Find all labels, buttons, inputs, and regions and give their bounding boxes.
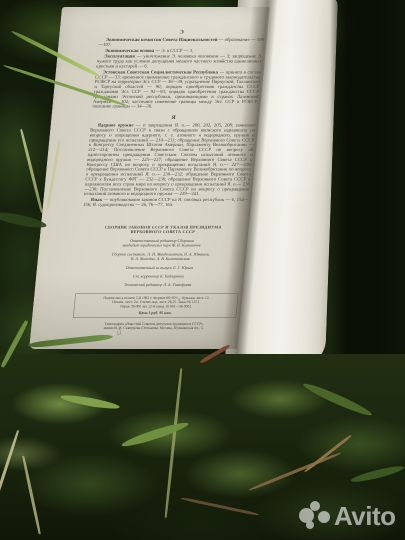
index-entry: Язык — опубликование законов СССР на Я. … [83,198,249,208]
colophon-line: кандидат юридических наук Ф. И. Калиныче… [79,243,244,248]
price-line: Цена 1 руб. 95 коп. [76,310,234,315]
colophon-line: В. А. Жалейко, А. В. Калитеевская [78,257,243,262]
entry-text: — о запрещении Я. о.— 200, 202, 205, 208… [84,123,256,197]
entry-term: Экономическая основа [105,48,155,53]
imprint-box: Подписано к печати 5.II 1961 г. Формат 6… [73,293,238,317]
entry-text: — опубликование законов СССР на Я. союзн… [83,198,249,208]
index-entry: Экономическая комиссия Совета Национальн… [98,38,264,48]
colophon-title-line: ВЕРХОВНОГО СОВЕТА СССР [80,230,245,235]
colophon-line: Ст. корректор К. Кобзаренко [76,274,241,279]
shadow-right-area [330,0,405,380]
printer-note: Типография «Известий Советов депутатов т… [71,322,237,331]
section-letter-ya: Я [91,115,257,121]
entry-text: — Э. в СССР — 3. [154,48,193,53]
colophon: СБОРНИК ЗАКОНОВ СССР И УКАЗОВ ПРЕЗИДИУМА… [75,225,246,288]
avito-watermark: Avito [299,501,396,530]
avito-watermark-text: Avito [334,503,396,529]
colophon-line: Ответственный за выпуск Е. Г. Юрьев [77,265,242,270]
index-entry: Эксплуатация — уничтожение Э. человека ч… [96,55,262,70]
entry-term: Экономическая комиссия Совета Национальн… [106,38,218,43]
index-entry: Экономическая основа — Э. в СССР — 3. [98,49,263,54]
printer-line: имени И. И. Скворцова-Степанова. Москва,… [71,326,236,330]
colophon-line: Технический редактор Л. А. Тимофеева [75,283,240,288]
avito-logo-icon [299,501,331,530]
handwritten-mark: ū [116,327,122,338]
index-entry: Ядерное оружие — о запрещении Я. о.— 200… [84,124,256,197]
section-letter-e: Э [99,29,265,35]
imprint-line: Тираж 36 000 экз. (2-й завод 18 001—36 0… [76,304,234,308]
photo-scene: Э Экономическая комиссия Совета Национал… [0,0,405,540]
